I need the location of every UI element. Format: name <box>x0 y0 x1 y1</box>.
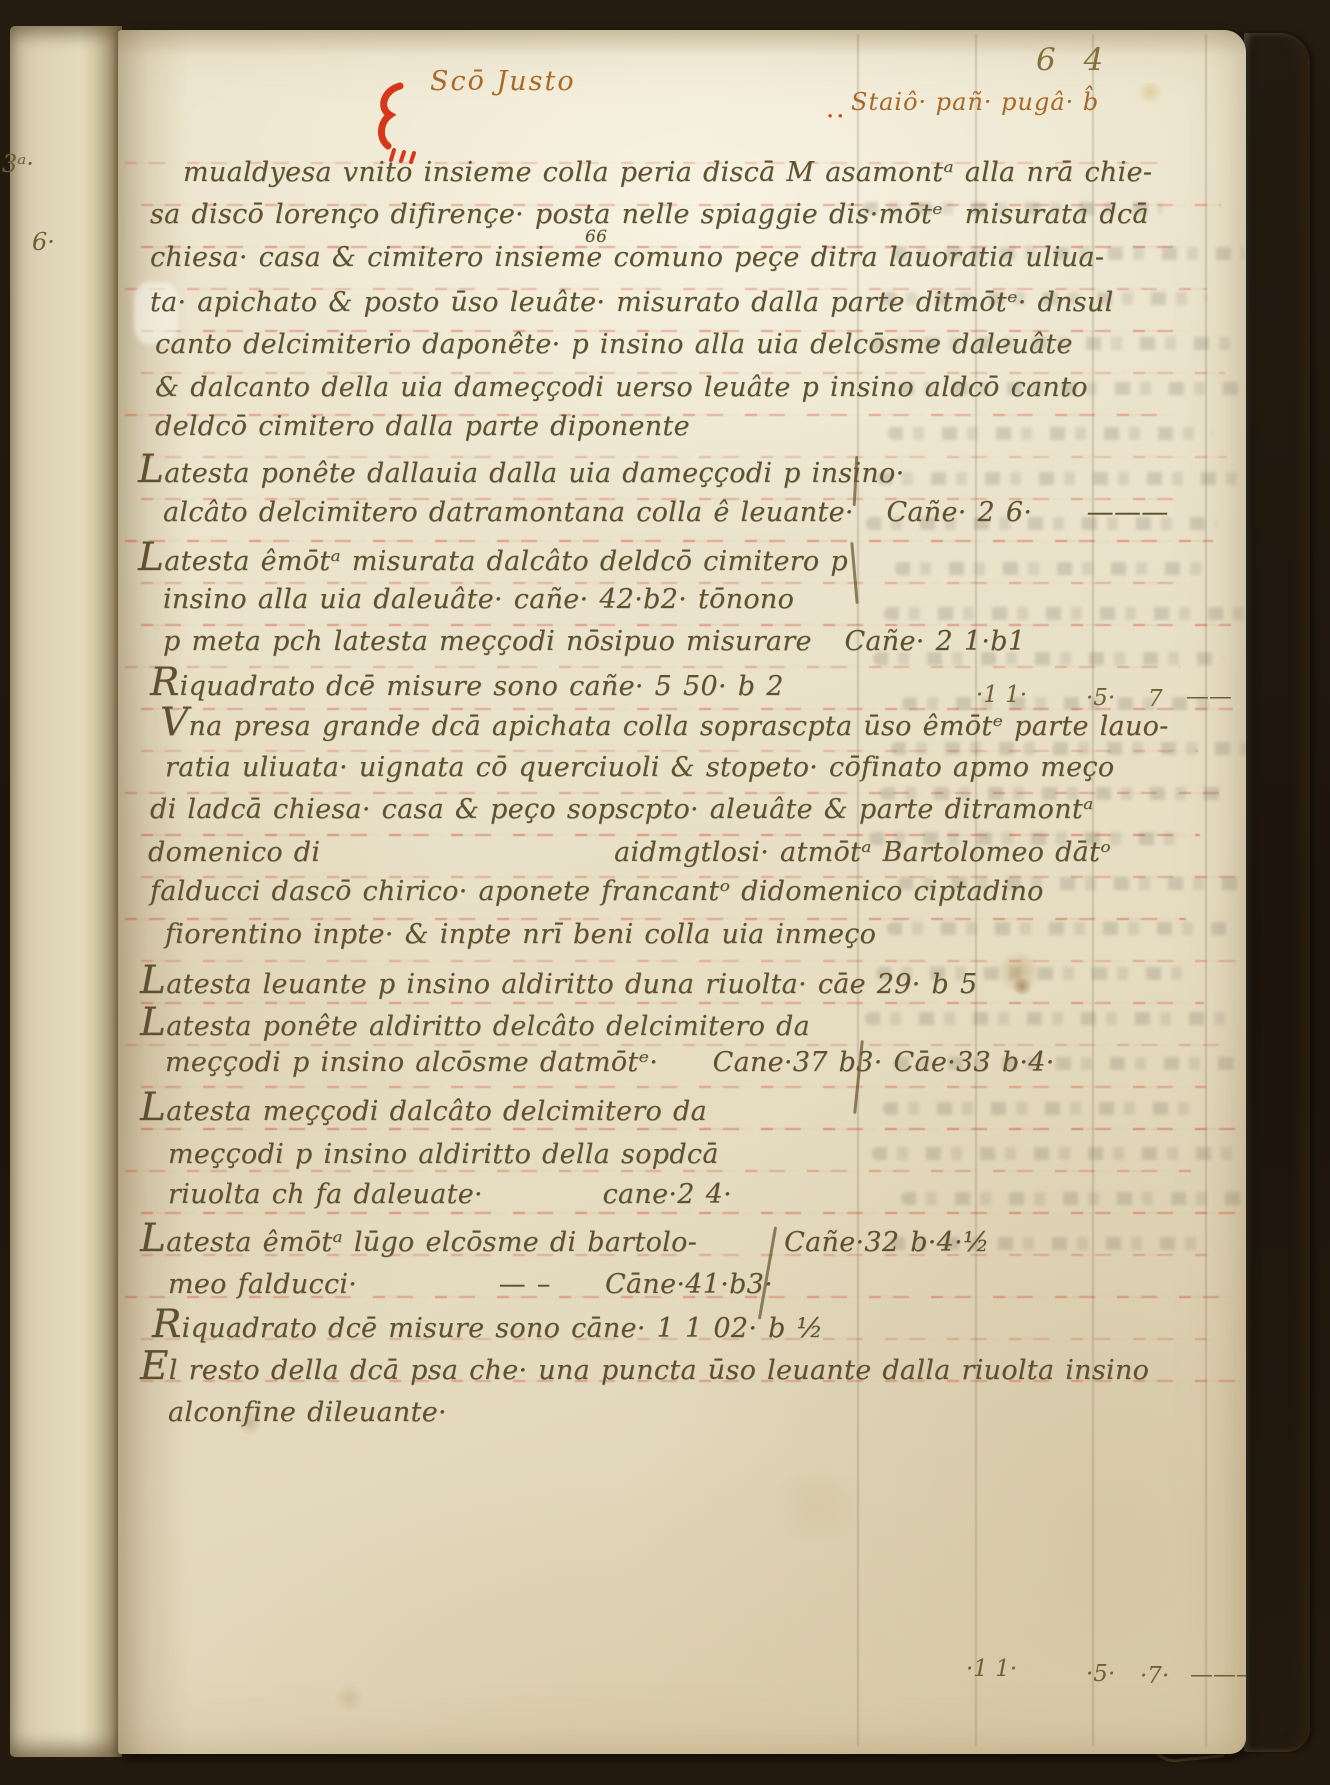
folio-number: 6 4 <box>1036 42 1112 78</box>
manuscript-line: Latesta ponête dallauia dalla uia dameçç… <box>138 455 905 489</box>
bleedthrough-stripe <box>895 562 1219 575</box>
facing-page-mark: 3ᵃ· <box>2 150 34 178</box>
manuscript-line: Latesta êmōtᵃ lūgo elcōsme di bartolo- C… <box>140 1224 990 1258</box>
manuscript-line: insino alla uia daleuâte· cañe· 42·b2· t… <box>163 585 794 615</box>
manuscript-page: Scō Justo ·· Staiô· pañ· pugâ· b̂ 6 4 mu… <box>118 30 1246 1754</box>
margin-numeral: ·1 1· <box>976 682 1027 708</box>
red-ruling-line <box>118 1044 1225 1046</box>
manuscript-line: fiorentino inpte· & inpte nrī beni colla… <box>165 920 876 950</box>
red-ruling-line <box>118 1170 1192 1172</box>
manuscript-line: meççodi p insino aldiritto della sopdcā <box>168 1140 719 1170</box>
margin-numeral: —— <box>1186 684 1232 710</box>
red-dots-mark: ·· <box>826 102 847 132</box>
manuscript-line: Latesta ponête aldiritto delcâto delcimi… <box>140 1008 810 1042</box>
manuscript-line: canto delcimiterio daponête· p insino al… <box>155 330 1073 360</box>
manuscript-line: El resto della dcā psa che· una puncta ū… <box>140 1352 1149 1386</box>
bleedthrough-stripe <box>887 922 1235 935</box>
manuscript-line: Latesta êmōtᵃ misurata dalcâto deldcō ci… <box>138 543 848 577</box>
manuscript-line: meo falducci· — – Cāne·41·b3· <box>168 1270 773 1300</box>
red-ruling-line <box>134 1128 1243 1130</box>
red-paraph-icon <box>366 82 432 164</box>
bleedthrough-stripe <box>901 1192 1246 1205</box>
rubric-title: Scō Justo <box>430 66 576 97</box>
bleedthrough-stripe <box>877 472 1246 485</box>
parchment-stain <box>1136 82 1164 102</box>
book-page-edges <box>1244 33 1310 1752</box>
red-ruling-line <box>134 1002 1204 1004</box>
bleedthrough-stripe <box>883 1102 1203 1115</box>
margin-numeral: ·1 1· <box>966 1656 1017 1682</box>
manuscript-line: alcâto delcimitero datramontana colla ê … <box>163 498 1169 528</box>
manuscript-line: alconfine dileuante· <box>168 1398 447 1428</box>
manuscript-scan: 3ᵃ·6· Scō Justo ·· Staiô· pañ· pugâ· b̂ … <box>0 0 1330 1785</box>
margin-numeral: ·7· <box>1140 1663 1169 1689</box>
column-heading: Staiô· pañ· pugâ· b̂ <box>851 88 1099 116</box>
manuscript-line: p meta pch latesta meççodi nōsipuo misur… <box>163 627 1025 657</box>
column-rule <box>1205 34 1207 1746</box>
manuscript-line: ratia uliuata· uignata cō querciuoli & s… <box>165 753 1114 783</box>
manuscript-line: Riquadrato dcē misure sono cāne· 1 1 02·… <box>152 1310 823 1344</box>
manuscript-line: Latesta leuante p insino aldiritto duna … <box>140 966 977 1000</box>
bleedthrough-stripe <box>865 1012 1239 1025</box>
manuscript-line: sa discō lorenço difirençe· posta nelle … <box>150 200 1149 230</box>
manuscript-line: Vna presa grande dcā apichata colla sopr… <box>160 708 1169 742</box>
manuscript-line: ta· apichato & posto ūso leuâte· misurat… <box>150 288 1114 318</box>
manuscript-line: di ladcā chiesa· casa & peço sopscpto· a… <box>150 795 1094 825</box>
parchment-stain <box>332 1685 366 1711</box>
margin-numeral: ·5· <box>1086 1661 1115 1687</box>
manuscript-line: mualdyesa vnito insieme colla peria disc… <box>183 158 1152 188</box>
facing-page-mark: 6· <box>32 228 55 256</box>
manuscript-line: 66 <box>585 222 607 252</box>
parchment-stain <box>758 1470 878 1540</box>
facing-page-edge: 3ᵃ·6· <box>10 26 122 1757</box>
parchment-stain <box>1011 978 1033 995</box>
bleedthrough-stripe <box>888 427 1213 440</box>
margin-numeral: ·5· <box>1086 685 1115 711</box>
bleedthrough-stripe <box>872 1147 1245 1160</box>
manuscript-line: falducci dascō chirico· aponete francant… <box>150 877 1044 907</box>
manuscript-line: & dalcanto della uia dameççodi uerso leu… <box>155 373 1088 403</box>
margin-numeral: ——— <box>1190 1662 1246 1688</box>
manuscript-line: domenico di aidmgtlosi· atmōtᵃ Bartolome… <box>148 838 1111 868</box>
red-ruling-line <box>134 960 1239 962</box>
bleedthrough-stripe <box>884 607 1246 620</box>
red-ruling-line <box>134 1086 1206 1088</box>
red-ruling-line <box>134 1212 1245 1214</box>
manuscript-line: riuolta ch fa daleuate· cane·2 4· <box>168 1180 732 1210</box>
margin-numeral: 7 <box>1148 686 1163 712</box>
manuscript-line: deldcō cimitero dalla parte diponente <box>155 412 690 442</box>
manuscript-line: meççodi p insino alcōsme datmōtᵉ· Cane·3… <box>165 1048 1055 1078</box>
red-ruling-line <box>118 540 1213 542</box>
manuscript-line: Riquadrato dcē misure sono cañe· 5 50· b… <box>150 668 784 702</box>
manuscript-line: chiesa· casa & cimitero insieme comuno p… <box>150 243 1104 273</box>
manuscript-line: Latesta meççodi dalcâto delcimitero da <box>140 1093 707 1127</box>
